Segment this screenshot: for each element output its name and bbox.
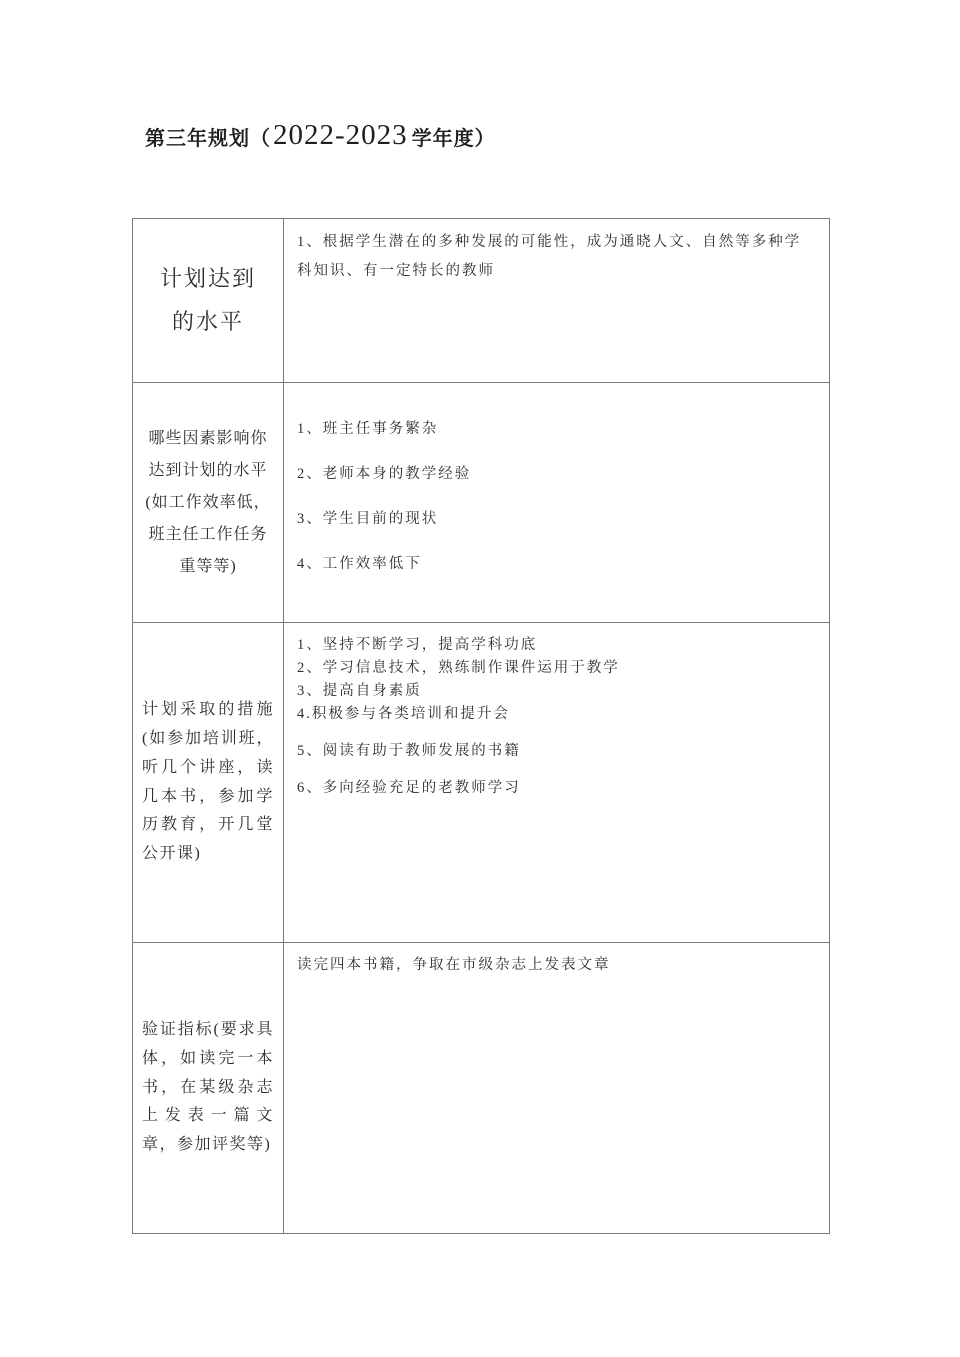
page-title-prefix: 第三年规划（ [145, 122, 271, 151]
list-item: 3、提高自身素质 [297, 680, 817, 703]
table-row: 计划达到 的水平 1、根据学生潜在的多种发展的可能性，成为通晓人文、自然等多种学… [133, 219, 830, 383]
page-title: 第三年规划（2022-2023学年度） [145, 122, 496, 151]
table-row: 计划采取的措施(如参加培训班，听几个讲座，读几本书，参加学历教育，开几堂公开课)… [133, 623, 830, 943]
table-row: 哪些因素影响你达到计划的水平(如工作效率低，班主任工作任务重等等) 1、班主任事… [133, 383, 830, 623]
list-item: 6、多向经验充足的老教师学习 [297, 777, 817, 800]
row-label-verification-indicators: 验证指标(要求具体，如读完一本书，在某级杂志上发表一篇文章，参加评奖等) [133, 943, 284, 1234]
row-label-line: 计划达到 [142, 258, 274, 301]
row-content-verification-indicators: 读完四本书籍，争取在市级杂志上发表文章 [284, 943, 830, 1234]
list-item: 1、班主任事务繁杂 [297, 417, 817, 441]
plan-table: 计划达到 的水平 1、根据学生潜在的多种发展的可能性，成为通晓人文、自然等多种学… [132, 218, 830, 1234]
page-title-years: 2022-2023 [271, 121, 412, 150]
row-label-planned-measures: 计划采取的措施(如参加培训班，听几个讲座，读几本书，参加学历教育，开几堂公开课) [133, 623, 284, 943]
row-label-influencing-factors: 哪些因素影响你达到计划的水平(如工作效率低，班主任工作任务重等等) [133, 383, 284, 623]
row-content-planned-measures: 1、坚持不断学习，提高学科功底 2、学习信息技术，熟练制作课件运用于教学 3、提… [284, 623, 830, 943]
list-item: 4、工作效率低下 [297, 552, 817, 576]
list-item: 3、学生目前的现状 [297, 507, 817, 531]
list-item: 5、阅读有助于教师发展的书籍 [297, 740, 817, 763]
row-label-line: 的水平 [142, 301, 274, 344]
page-title-suffix: 学年度） [412, 122, 496, 151]
list-item: 1、坚持不断学习，提高学科功底 [297, 634, 817, 657]
list-item: 1、根据学生潜在的多种发展的可能性，成为通晓人文、自然等多种学科知识、有一定特长… [297, 228, 817, 286]
row-content-planned-level: 1、根据学生潜在的多种发展的可能性，成为通晓人文、自然等多种学科知识、有一定特长… [284, 219, 830, 383]
list-item: 4.积极参与各类培训和提升会 [297, 703, 817, 726]
row-label-planned-level: 计划达到 的水平 [133, 219, 284, 383]
table-row: 验证指标(要求具体，如读完一本书，在某级杂志上发表一篇文章，参加评奖等) 读完四… [133, 943, 830, 1234]
list-item: 2、老师本身的教学经验 [297, 462, 817, 486]
list-item: 读完四本书籍，争取在市级杂志上发表文章 [297, 953, 817, 977]
row-content-influencing-factors: 1、班主任事务繁杂 2、老师本身的教学经验 3、学生目前的现状 4、工作效率低下 [284, 383, 830, 623]
list-item: 2、学习信息技术，熟练制作课件运用于教学 [297, 657, 817, 680]
